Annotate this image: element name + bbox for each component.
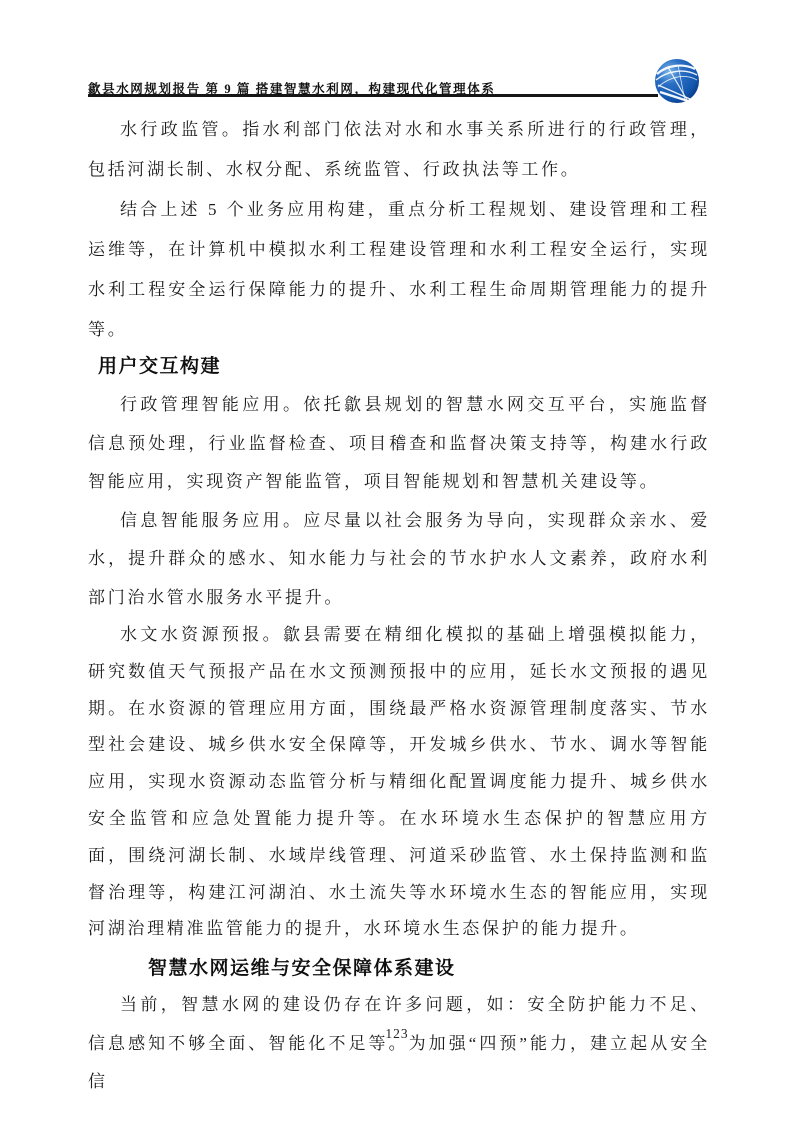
paragraph-business-applications: 结合上述 5 个业务应用构建，重点分析工程规划、建设管理和工程运维等，在计算机中… <box>88 190 710 350</box>
paragraph-hydrology-forecast: 水文水资源预报。歙县需要在精细化模拟的基础上增强模拟能力，研究数值天气预报产品在… <box>88 617 710 948</box>
paragraph-water-admin-supervision: 水行政监管。指水利部门依法对水和水事关系所进行的行政管理，包括河湖长制、水权分配… <box>88 110 710 190</box>
page-number: 123 <box>0 1026 794 1042</box>
document-page: 歙县水网规划报告 第 9 篇 搭建智慧水利网，构建现代化管理体系 <box>0 0 794 1122</box>
paragraph-current-problems: 当前，智慧水网的建设仍存在许多问题，如：安全防护能力不足、信息感知不够全面、智能… <box>88 986 710 1102</box>
section-heading-user-interaction: 用户交互构建 <box>88 352 710 382</box>
section-heading-operation-security: 智慧水网运维与安全保障体系建设 <box>88 954 710 984</box>
header-rule <box>88 94 658 97</box>
water-network-logo-icon <box>654 58 700 104</box>
document-body: 水行政监管。指水利部门依法对水和水事关系所进行的行政管理，包括河湖长制、水权分配… <box>88 110 710 1102</box>
paragraph-info-smart-service: 信息智能服务应用。应尽量以社会服务为导向，实现群众亲水、爱水，提升群众的感水、知… <box>88 502 710 618</box>
page-header: 歙县水网规划报告 第 9 篇 搭建智慧水利网，构建现代化管理体系 <box>88 0 710 96</box>
paragraph-admin-smart-application: 行政管理智能应用。依托歙县规划的智慧水网交互平台，实施监督信息预处理，行业监督检… <box>88 386 710 502</box>
